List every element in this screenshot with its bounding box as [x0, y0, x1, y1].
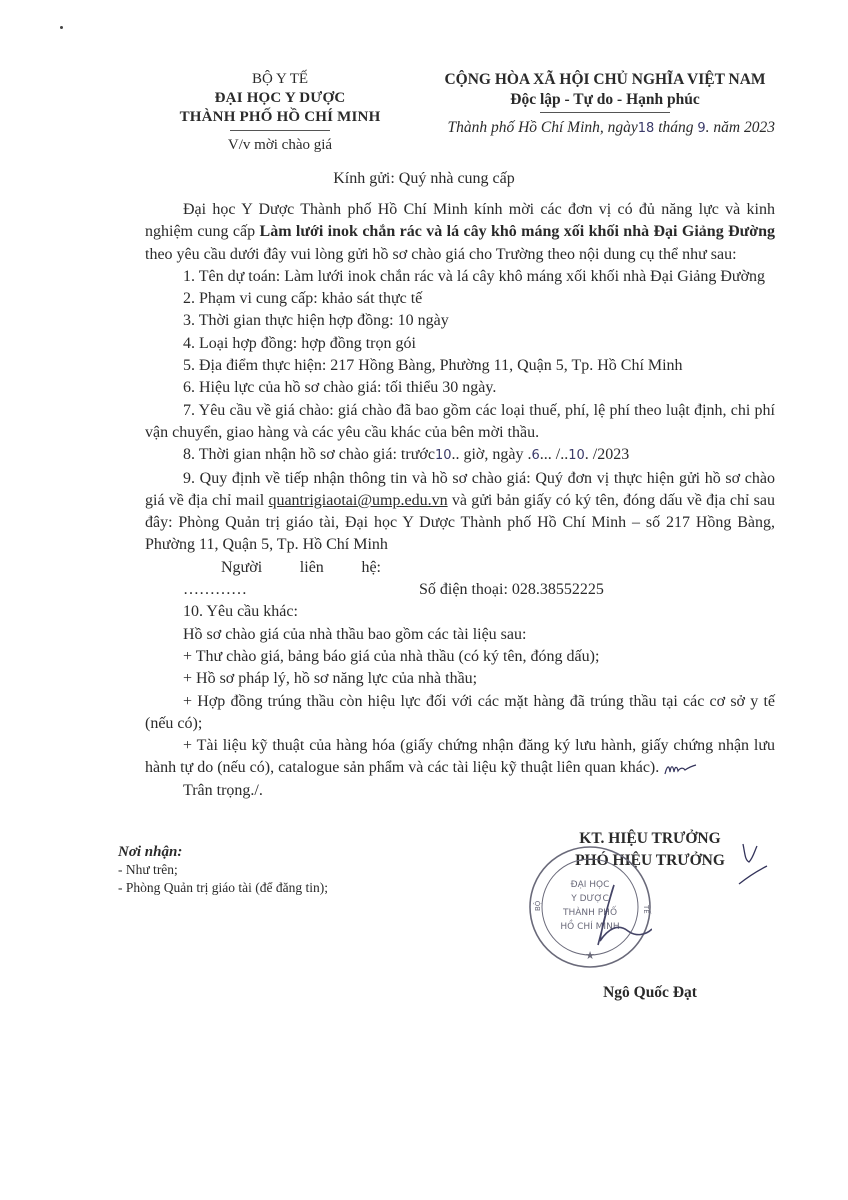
official-stamp-icon: ĐẠI HỌC Y DƯỢC THÀNH PHỐ HỒ CHÍ MINH BỘ … [528, 845, 652, 969]
date-month-label: tháng [658, 119, 693, 136]
item-5: 5. Địa điểm thực hiện: 217 Hồng Bàng, Ph… [145, 355, 775, 377]
salutation: Kính gửi: Quý nhà cung cấp [0, 170, 848, 188]
item-6: 6. Hiệu lực của hồ sơ chào giá: tối thiể… [145, 377, 775, 399]
item-2: 2. Phạm vi cung cấp: khảo sát thực tế [145, 288, 775, 310]
university-name-line2: THÀNH PHỐ HỒ CHÍ MINH [150, 108, 410, 127]
university-name-line1: ĐẠI HỌC Y DƯỢC [150, 89, 410, 108]
deadline-month-handwritten: 10 [568, 448, 585, 463]
nation-name: CỘNG HÒA XÃ HỘI CHỦ NGHĨA VIỆT NAM [420, 70, 790, 90]
signer-name: Ngô Quốc Đạt [520, 984, 780, 1002]
contact-line: Người liên hệ: …………Số điện thoại: 028.38… [145, 557, 775, 602]
deadline-day-handwritten: 6 [532, 448, 540, 463]
date-month-handwritten: 9 [697, 121, 705, 136]
date-year: . năm 2023 [706, 119, 775, 136]
contact-person: Người liên hệ: ………… [183, 557, 381, 602]
item-1: 1. Tên dự toán: Làm lưới inok chắn rác v… [145, 266, 775, 288]
document-date: Thành phố Hồ Chí Minh, ngày18 tháng 9. n… [430, 119, 775, 137]
date-prefix: Thành phố Hồ Chí Minh, ngày [447, 119, 637, 136]
national-header: CỘNG HÒA XÃ HỘI CHỦ NGHĨA VIỆT NAM Độc l… [420, 70, 790, 113]
closing-line: Trân trọng./. [145, 780, 775, 802]
item-10-intro: Hồ sơ chào giá của nhà thầu bao gồm các … [145, 624, 775, 646]
header-divider [230, 130, 330, 131]
project-title: Làm lưới inok chắn rác và lá cây khô mán… [260, 223, 776, 240]
deadline-hour-handwritten: 10 [435, 448, 452, 463]
item-10-a: + Thư chào giá, bảng báo giá của nhà thầ… [145, 646, 775, 668]
intro-paragraph: Đại học Y Dược Thành phố Hồ Chí Minh kín… [145, 199, 775, 266]
document-subject: V/v mời chào giá [150, 136, 410, 155]
svg-text:BỘ: BỘ [533, 900, 542, 911]
item-4: 4. Loại hợp đồng: hợp đồng trọn gói [145, 333, 775, 355]
scan-speck [60, 26, 63, 29]
contact-phone: Số điện thoại: 028.38552225 [381, 579, 604, 601]
ministry-name: BỘ Y TẾ [150, 70, 410, 89]
item-10-c: + Hợp đồng trúng thầu còn hiệu lực đối v… [145, 691, 775, 736]
item-10: 10. Yêu cầu khác: [145, 601, 775, 623]
item-10-b: + Hồ sơ pháp lý, hồ sơ năng lực của nhà … [145, 668, 775, 690]
letter-body: Đại học Y Dược Thành phố Hồ Chí Minh kín… [145, 199, 775, 802]
item-7: 7. Yêu cầu về giá chào: giá chào đã bao … [145, 400, 775, 445]
recipients-title: Nơi nhận: [118, 843, 438, 861]
email-link[interactable]: quantrigiaotai@ump.edu.vn [268, 492, 447, 509]
item-9: 9. Quy định về tiếp nhận thông tin và hồ… [145, 468, 775, 557]
recipients-block: Nơi nhận: - Như trên; - Phòng Quản trị g… [118, 843, 438, 897]
issuer-header: BỘ Y TẾ ĐẠI HỌC Y DƯỢC THÀNH PHỐ HỒ CHÍ … [150, 70, 410, 155]
svg-text:Y DƯỢC: Y DƯỢC [570, 894, 609, 904]
svg-text:ĐẠI HỌC: ĐẠI HỌC [571, 880, 610, 890]
item-8: 8. Thời gian nhận hồ sơ chào giá: trước1… [145, 444, 775, 467]
svg-text:THÀNH PHỐ: THÀNH PHỐ [562, 905, 617, 918]
recipient-2: - Phòng Quản trị giáo tài (để đăng tin); [118, 879, 438, 897]
svg-text:TẾ: TẾ [642, 904, 652, 914]
item-10-d: + Tài liệu kỹ thuật của hàng hóa (giấy c… [145, 735, 775, 780]
initials-mark-icon [663, 762, 697, 776]
recipient-1: - Như trên; [118, 861, 438, 879]
national-motto: Độc lập - Tự do - Hạnh phúc [420, 90, 790, 110]
date-day-handwritten: 18 [638, 121, 655, 136]
initials-signature-icon [735, 840, 769, 890]
svg-text:★: ★ [585, 950, 595, 962]
item-3: 3. Thời gian thực hiện hợp đồng: 10 ngày [145, 310, 775, 332]
motto-underline [540, 112, 670, 113]
